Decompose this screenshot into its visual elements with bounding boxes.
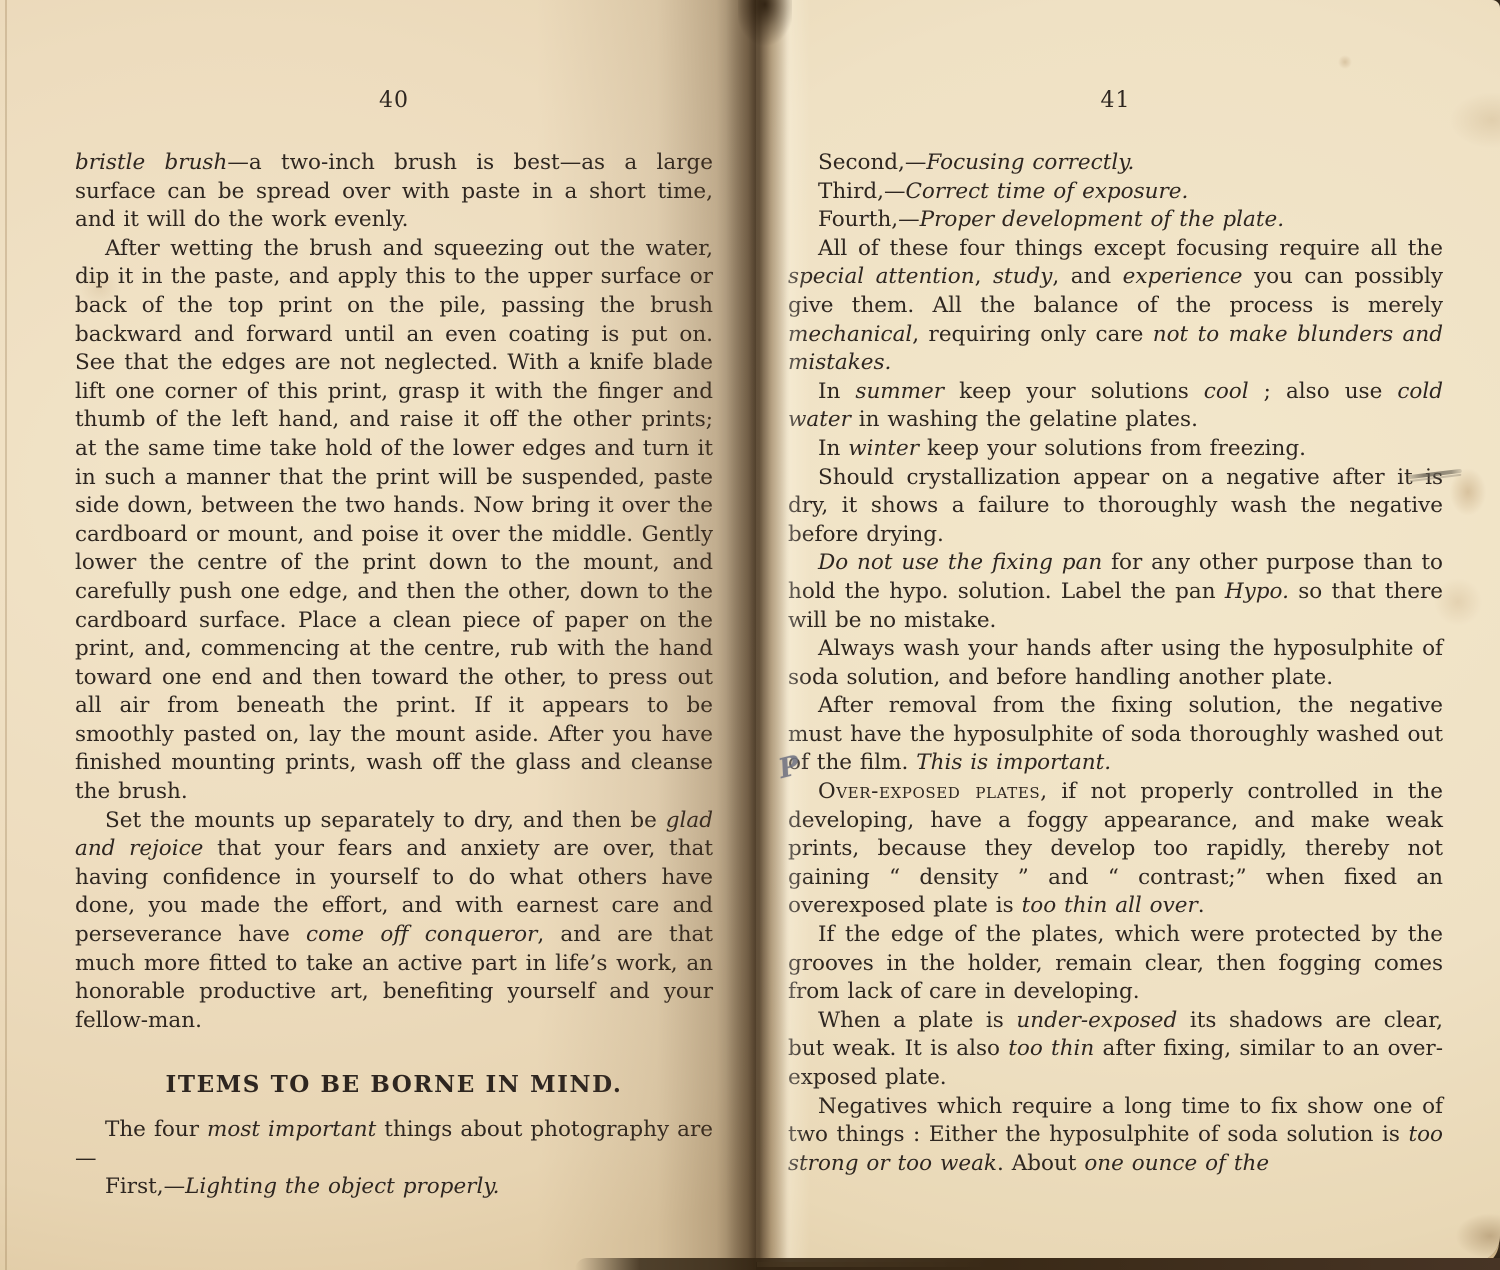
page-number-left: 40 — [75, 88, 713, 113]
left-page-text: bristle brush—a two-inch brush is best—a… — [75, 149, 713, 1202]
paragraph: Set the mounts up separately to dry, and… — [75, 807, 713, 1036]
section-heading: ITEMS TO BE BORNE IN MIND. — [75, 1071, 713, 1100]
page-41: 41 Second,—Focusing correctly.Third,—Cor… — [756, 0, 1500, 1262]
paragraph: bristle brush—a two-inch brush is best—a… — [75, 149, 713, 235]
paragraph: Over-exposed plates, if not properly con… — [788, 778, 1443, 921]
paragraph: Second,—Focusing correctly. — [788, 149, 1443, 178]
paragraph: When a plate is under-exposed its shadow… — [788, 1007, 1443, 1093]
paragraph: All of these four things except focusing… — [788, 235, 1443, 378]
paragraph: In summer keep your solutions cool ; als… — [788, 378, 1443, 435]
paragraph: Third,—Correct time of exposure. — [788, 178, 1443, 207]
paragraph: Negatives which require a long time to f… — [788, 1093, 1443, 1179]
book-spread: 40 bristle brush—a two-inch brush is bes… — [0, 0, 1500, 1270]
paragraph: The four most important things about pho… — [75, 1116, 713, 1173]
paragraph: After wetting the brush and squeezing ou… — [75, 235, 713, 807]
paragraph: In winter keep your solutions from freez… — [788, 435, 1443, 464]
right-page-text: Second,—Focusing correctly.Third,—Correc… — [788, 149, 1443, 1178]
paragraph: First,—Lighting the object properly. — [75, 1173, 713, 1202]
page-number-right: 41 — [788, 88, 1443, 113]
paragraph: Always wash your hands after using the h… — [788, 635, 1443, 692]
page-40: 40 bristle brush—a two-inch brush is bes… — [0, 0, 756, 1270]
paragraph: Should crystallization appear on a negat… — [788, 464, 1443, 550]
paragraph: Fourth,—Proper development of the plate. — [788, 206, 1443, 235]
paragraph: If the edge of the plates, which were pr… — [788, 921, 1443, 1007]
paragraph: After removal from the fixing solution, … — [788, 692, 1443, 778]
paragraph: Do not use the fixing pan for any other … — [788, 549, 1443, 635]
